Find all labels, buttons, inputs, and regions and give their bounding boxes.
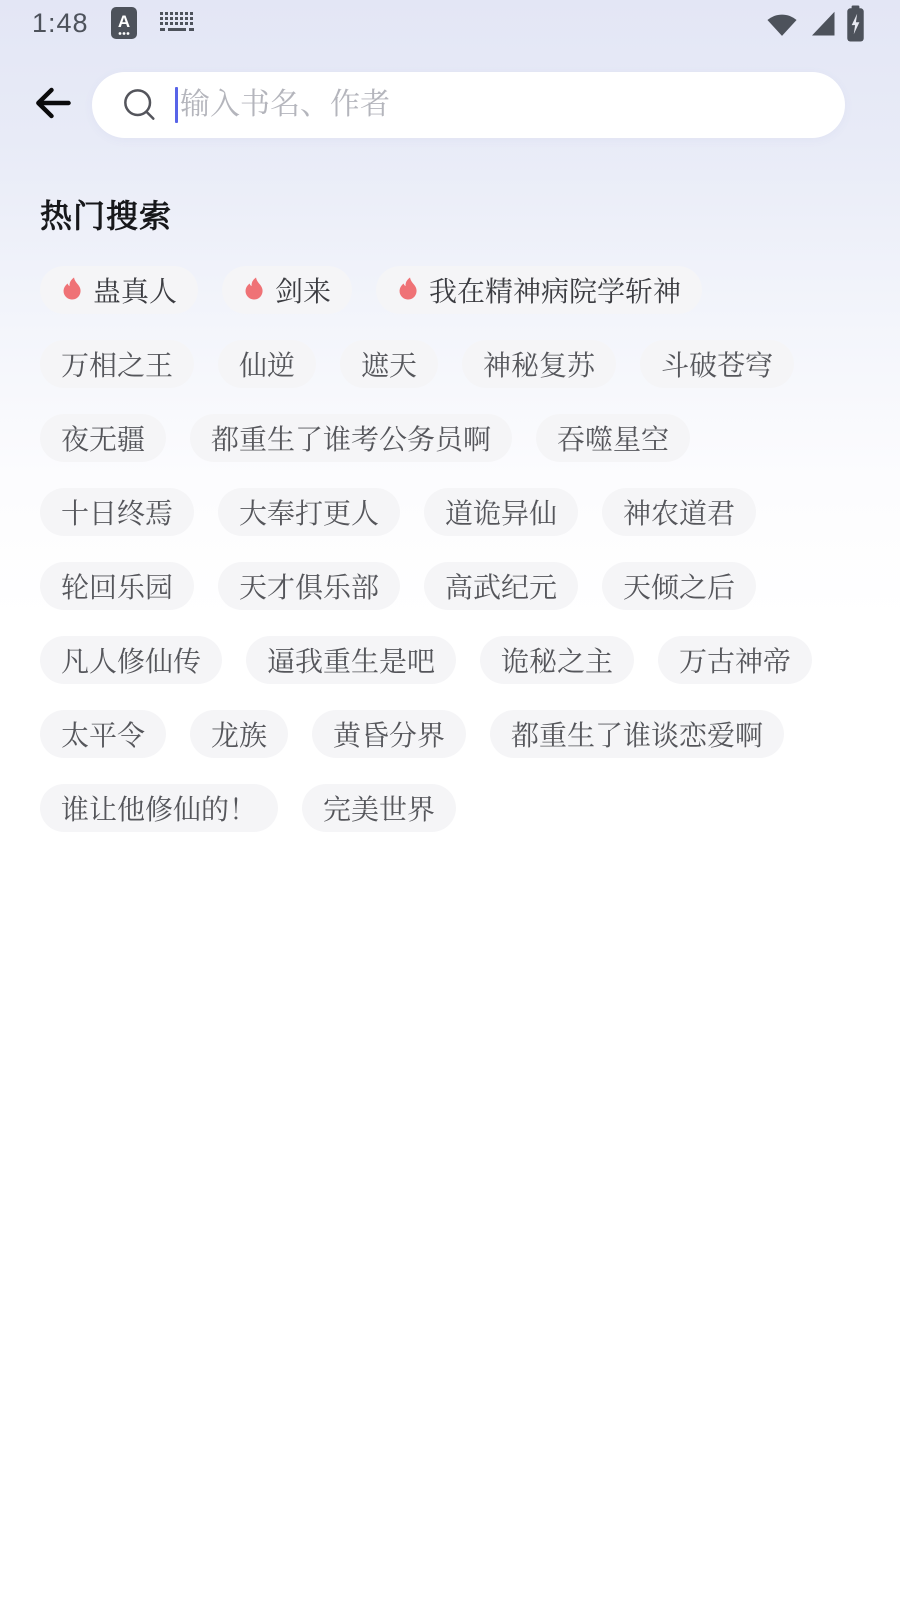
chip-label: 万古神帝 xyxy=(679,640,791,680)
chip-label: 神农道君 xyxy=(623,492,735,532)
chip-label: 谁让他修仙的！ xyxy=(61,788,257,828)
search-chip[interactable]: 仙逆 xyxy=(218,340,316,388)
search-chip[interactable]: 高武纪元 xyxy=(424,562,578,610)
keyboard-icon xyxy=(159,11,195,35)
status-bar: 1:48 A xyxy=(0,0,900,46)
chip-label: 逼我重生是吧 xyxy=(267,640,435,680)
search-chip[interactable]: 遮天 xyxy=(340,340,438,388)
chip-label: 完美世界 xyxy=(323,788,435,828)
chip-row: 蛊真人 剑来 我在精神病院学斩神 xyxy=(40,266,870,314)
chip-label: 大奉打更人 xyxy=(239,492,379,532)
chip-label: 高武纪元 xyxy=(445,566,557,606)
chip-row: 夜无疆 都重生了谁考公务员啊 吞噬星空 xyxy=(40,414,870,462)
search-chip[interactable]: 都重生了谁考公务员啊 xyxy=(190,414,512,462)
chip-label: 都重生了谁谈恋爱啊 xyxy=(511,714,763,754)
chip-label: 凡人修仙传 xyxy=(61,640,201,680)
search-chip[interactable]: 都重生了谁谈恋爱啊 xyxy=(490,710,784,758)
search-chip[interactable]: 夜无疆 xyxy=(40,414,166,462)
search-header xyxy=(0,72,900,138)
search-chip[interactable]: 神秘复苏 xyxy=(462,340,616,388)
ime-a-app-icon: A xyxy=(111,7,137,39)
search-chip[interactable]: 吞噬星空 xyxy=(536,414,690,462)
search-chip[interactable]: 谁让他修仙的！ xyxy=(40,784,278,832)
search-chip[interactable]: 诡秘之主 xyxy=(480,636,634,684)
chip-label: 诡秘之主 xyxy=(501,640,613,680)
chip-label: 龙族 xyxy=(211,714,267,754)
wifi-icon xyxy=(765,9,799,37)
chip-label: 轮回乐园 xyxy=(61,566,173,606)
search-chip[interactable]: 大奉打更人 xyxy=(218,488,400,536)
search-box[interactable] xyxy=(92,72,845,138)
search-chip[interactable]: 天才俱乐部 xyxy=(218,562,400,610)
chip-label: 斗破苍穹 xyxy=(661,344,773,384)
hot-search-tags: 蛊真人 剑来 我在精神病院学斩神 万相之王 仙逆 遮天 神秘复苏 斗破苍穹 xyxy=(40,266,870,858)
chip-label: 道诡异仙 xyxy=(445,492,557,532)
battery-charging-icon xyxy=(845,5,866,42)
chip-row: 太平令 龙族 黄昏分界 都重生了谁谈恋爱啊 xyxy=(40,710,870,758)
hot-search-title: 热门搜索 xyxy=(40,191,172,237)
search-input[interactable] xyxy=(178,88,845,122)
chip-row: 凡人修仙传 逼我重生是吧 诡秘之主 万古神帝 xyxy=(40,636,870,684)
hot-search-chip[interactable]: 蛊真人 xyxy=(40,266,198,314)
search-chip[interactable]: 天倾之后 xyxy=(602,562,756,610)
svg-text:A: A xyxy=(117,12,129,31)
search-chip[interactable]: 十日终焉 xyxy=(40,488,194,536)
fire-icon xyxy=(243,276,266,304)
chip-label: 十日终焉 xyxy=(61,492,173,532)
chip-row: 谁让他修仙的！ 完美世界 xyxy=(40,784,870,832)
hot-search-chip[interactable]: 我在精神病院学斩神 xyxy=(376,266,702,314)
search-icon xyxy=(120,85,160,125)
chip-row: 万相之王 仙逆 遮天 神秘复苏 斗破苍穹 xyxy=(40,340,870,388)
chip-label: 遮天 xyxy=(361,344,417,384)
search-chip[interactable]: 逼我重生是吧 xyxy=(246,636,456,684)
back-arrow-icon xyxy=(31,81,75,130)
chip-label: 万相之王 xyxy=(61,344,173,384)
chip-row: 轮回乐园 天才俱乐部 高武纪元 天倾之后 xyxy=(40,562,870,610)
chip-label: 仙逆 xyxy=(239,344,295,384)
chip-label: 天倾之后 xyxy=(623,566,735,606)
chip-label: 太平令 xyxy=(61,714,145,754)
chip-label: 神秘复苏 xyxy=(483,344,595,384)
chip-label: 都重生了谁考公务员啊 xyxy=(211,418,491,458)
search-chip[interactable]: 完美世界 xyxy=(302,784,456,832)
back-button[interactable] xyxy=(22,81,84,130)
search-chip[interactable]: 黄昏分界 xyxy=(312,710,466,758)
chip-label: 黄昏分界 xyxy=(333,714,445,754)
chip-label: 剑来 xyxy=(275,270,331,310)
chip-label: 夜无疆 xyxy=(61,418,145,458)
search-chip[interactable]: 凡人修仙传 xyxy=(40,636,222,684)
search-screen: 1:48 A xyxy=(0,0,900,1600)
search-chip[interactable]: 斗破苍穹 xyxy=(640,340,794,388)
search-chip[interactable]: 轮回乐园 xyxy=(40,562,194,610)
chip-label: 蛊真人 xyxy=(93,270,177,310)
chip-label: 我在精神病院学斩神 xyxy=(429,270,681,310)
chip-row: 十日终焉 大奉打更人 道诡异仙 神农道君 xyxy=(40,488,870,536)
search-chip[interactable]: 道诡异仙 xyxy=(424,488,578,536)
search-chip[interactable]: 龙族 xyxy=(190,710,288,758)
fire-icon xyxy=(61,276,84,304)
search-chip[interactable]: 万古神帝 xyxy=(658,636,812,684)
chip-label: 吞噬星空 xyxy=(557,418,669,458)
cellular-signal-icon xyxy=(807,9,837,37)
hot-search-chip[interactable]: 剑来 xyxy=(222,266,352,314)
search-chip[interactable]: 万相之王 xyxy=(40,340,194,388)
fire-icon xyxy=(397,276,420,304)
search-chip[interactable]: 神农道君 xyxy=(602,488,756,536)
search-chip[interactable]: 太平令 xyxy=(40,710,166,758)
clock: 1:48 xyxy=(32,8,89,39)
chip-label: 天才俱乐部 xyxy=(239,566,379,606)
